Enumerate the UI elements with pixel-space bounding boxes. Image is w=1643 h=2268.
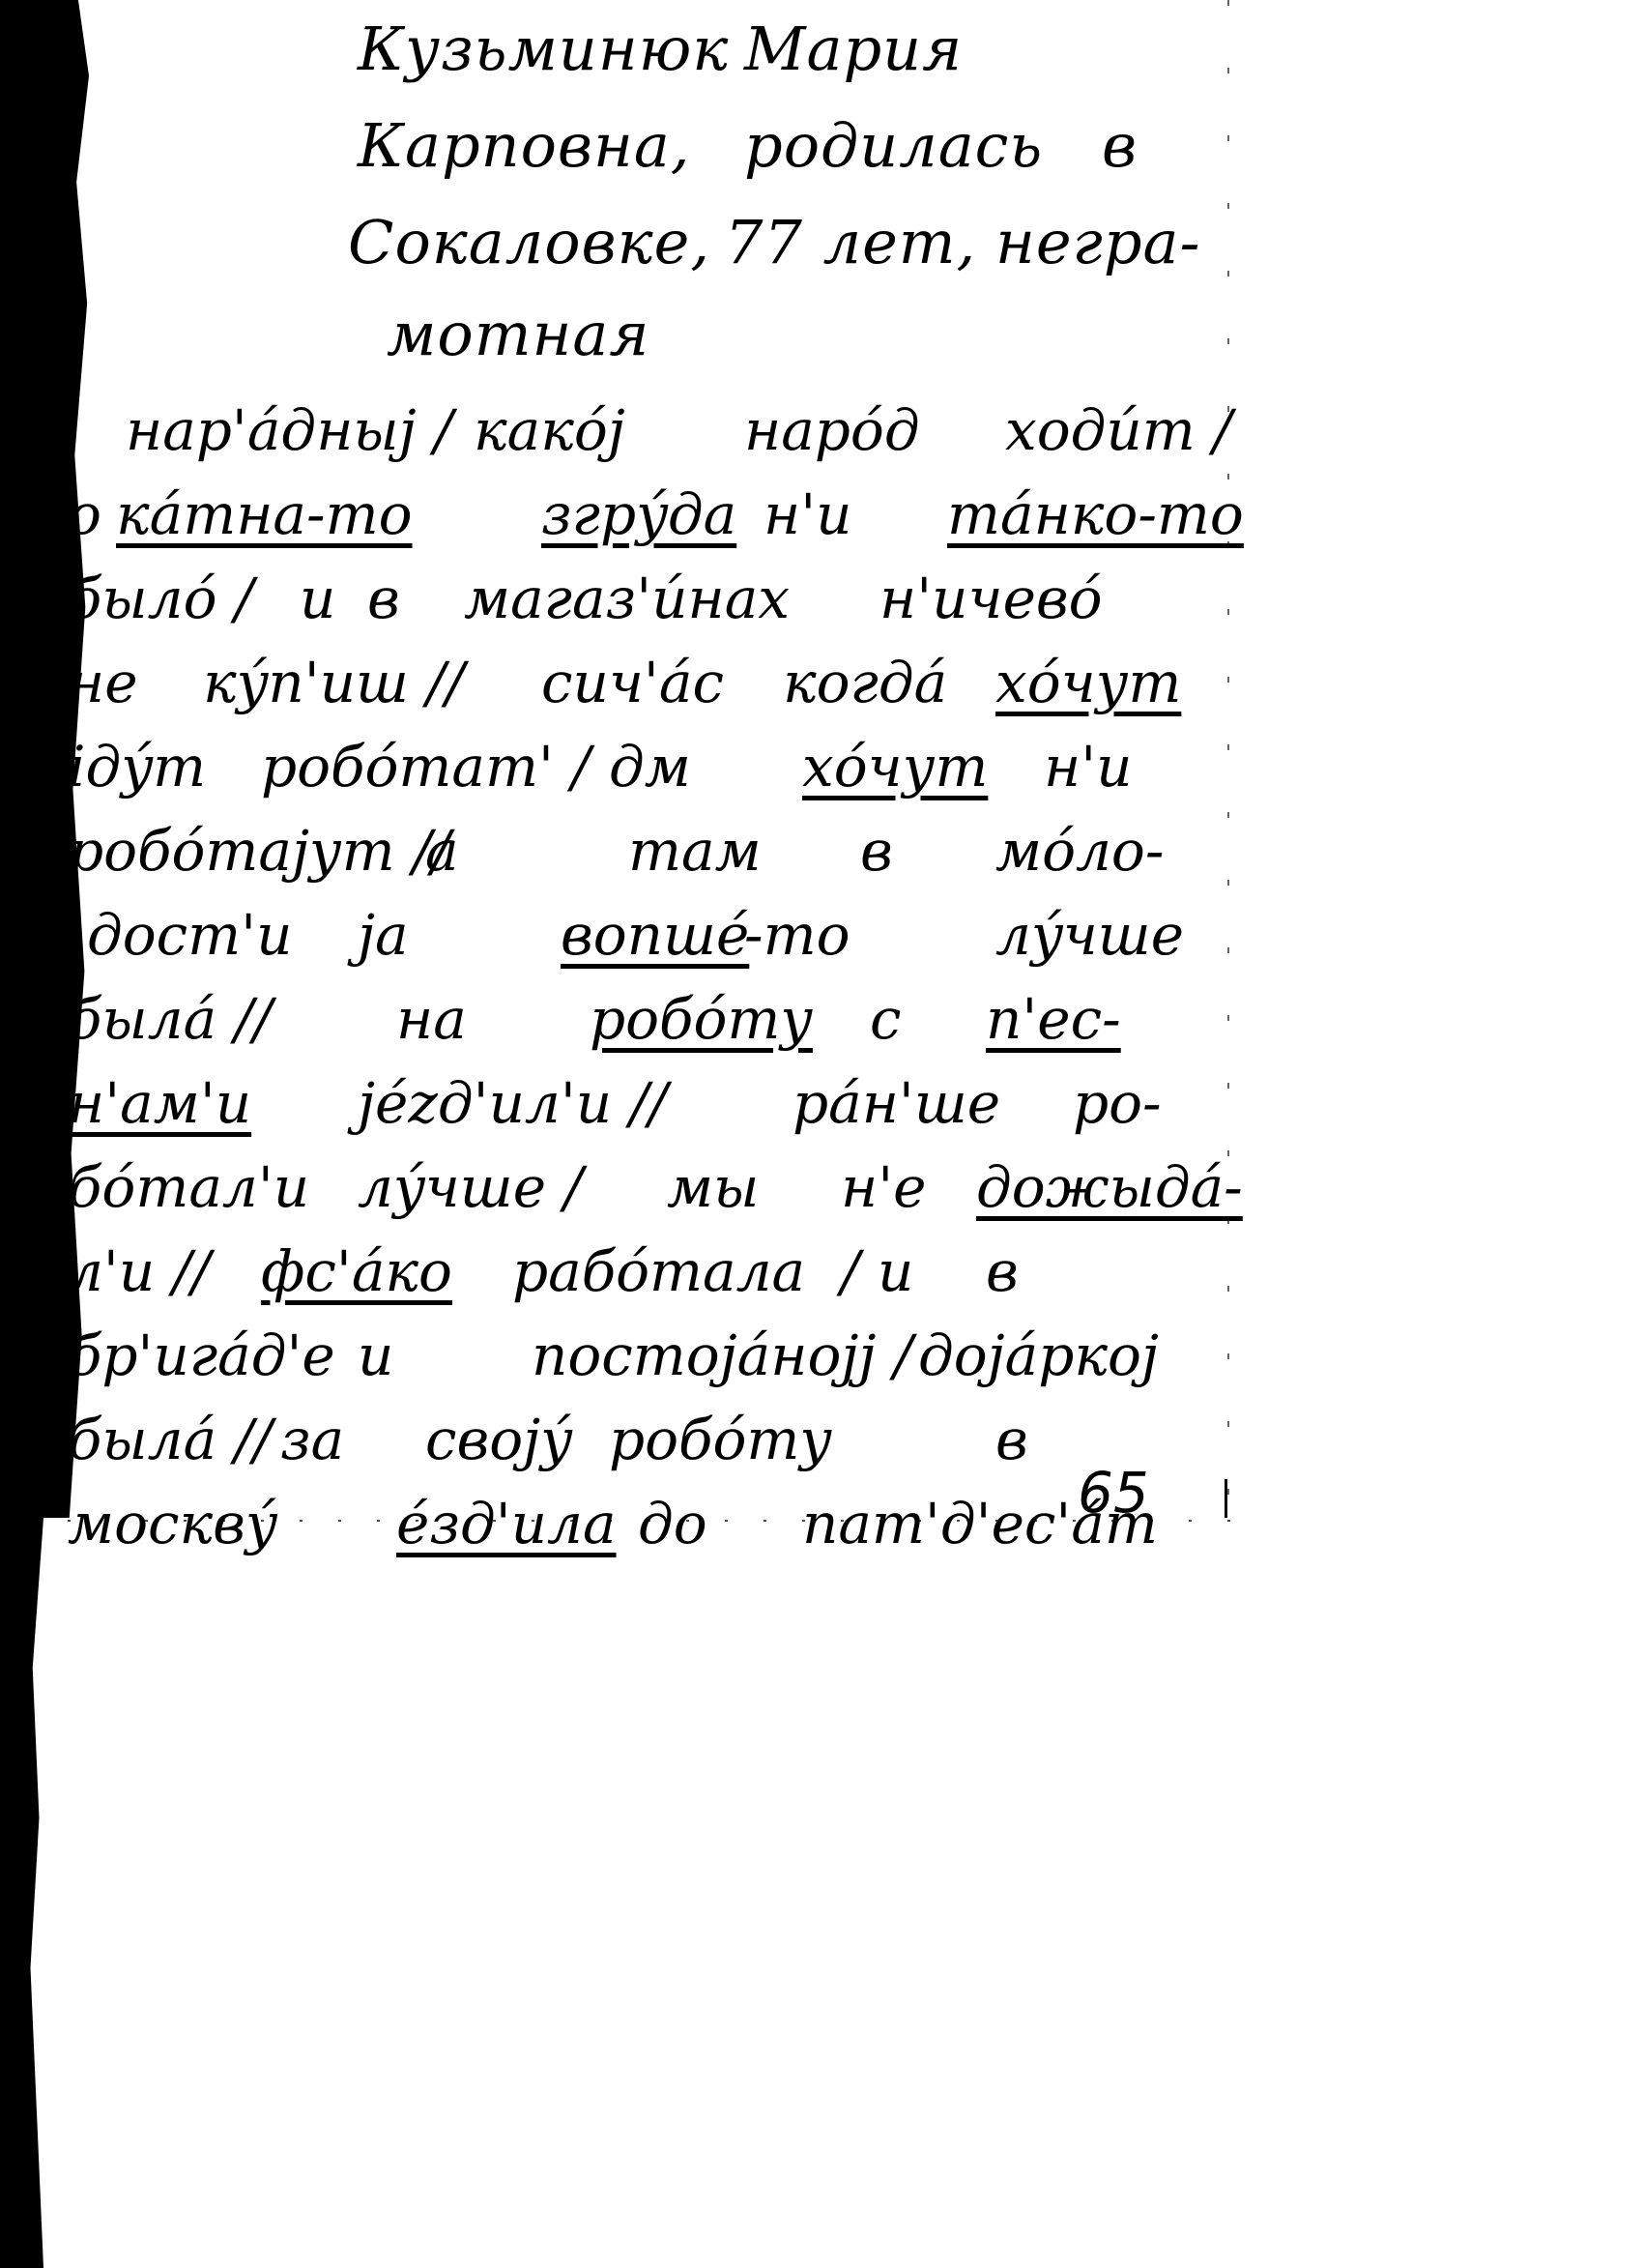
underlined-word: éзд'ила: [396, 1490, 617, 1557]
header-line: Карповна, родилась в: [358, 106, 1208, 203]
informant-age: 77 лет,: [725, 213, 976, 273]
word: робóтат' /: [261, 733, 591, 800]
word: ја: [358, 901, 409, 969]
word: робóту: [609, 1406, 832, 1473]
page-number: 65: [1078, 1460, 1149, 1526]
underlined-word: хóчут: [995, 649, 1181, 716]
transcript-line: бр'игáд'е и постојáнојј / дојáркој: [68, 1312, 1227, 1396]
scan-edge-shadow-lower: [0, 1518, 43, 2268]
word: кýп'иш //: [203, 649, 465, 716]
word: и: [358, 1322, 393, 1389]
transcript-text: нар'áдныј / какóј нарóд ходúт / о кáтна-…: [68, 387, 1227, 1564]
word: ро-: [1073, 1069, 1162, 1137]
underlined-word: дожыдá-: [976, 1153, 1243, 1221]
transcript-line: о кáтна-то згрýда н'и тáнко-то: [68, 471, 1227, 555]
header-line: Сокаловке, 77 лет, негра-: [358, 203, 1208, 300]
transcript-line: москвý éзд'ила до пат'д'ес'áт: [68, 1480, 1227, 1564]
word: мы: [667, 1153, 759, 1221]
transcript-line: былá // за својý робóту в: [68, 1396, 1227, 1480]
word: москвý: [68, 1490, 277, 1557]
word: там: [628, 817, 762, 885]
word: лýчше: [995, 901, 1184, 969]
word: јézд'ил'и //: [358, 1069, 668, 1137]
word: мóло-: [995, 817, 1164, 885]
underlined-word: тáнко-то: [947, 480, 1244, 548]
word: ходúт /: [1005, 396, 1232, 464]
transcript-line: не кýп'иш // сич'áс когдá хóчут: [68, 639, 1227, 723]
transcript-line: былó / и в магаз'úнах н'ичевó: [68, 555, 1227, 639]
underlined-word: робóту: [590, 985, 813, 1053]
word: нарóд: [744, 396, 920, 464]
informant-header: Кузьминюк Мария Карповна, родилась в Сок…: [358, 10, 1208, 396]
header-line: мотная: [358, 300, 1208, 396]
transcript-line: ідýт робóтат' / дм хóчут н'и: [68, 723, 1227, 807]
word: в: [860, 817, 893, 885]
word: в: [995, 1406, 1028, 1473]
word: -то: [744, 901, 850, 969]
word: а: [425, 817, 459, 885]
word: нар'áдныј /: [126, 396, 453, 464]
underlined-word: фс'áко: [261, 1237, 452, 1305]
underlined-word: згрýда: [541, 480, 736, 548]
word: за: [280, 1406, 344, 1473]
header-word: родилась: [744, 116, 1043, 176]
transcript-line: былá // на робóту с п'ес-: [68, 975, 1227, 1060]
informant-surname: Кузьминюк: [358, 19, 729, 79]
informant-first-name: Мария: [744, 19, 963, 79]
word: н'и: [1044, 733, 1133, 800]
word: дост'и: [87, 901, 292, 969]
transcript-line: н'ам'и јézд'ил'и // рáн'ше ро-: [68, 1060, 1227, 1144]
informant-birthplace: Сокаловке,: [348, 213, 710, 273]
word: рабóтала: [512, 1237, 805, 1305]
transcript-line: нар'áдныј / какóј нарóд ходúт /: [68, 387, 1227, 471]
word: до: [638, 1490, 707, 1557]
word: о: [68, 480, 101, 548]
underlined-word: н'ам'и: [68, 1069, 251, 1137]
word: / и: [841, 1237, 913, 1305]
informant-literacy-cont: мотная: [387, 305, 649, 364]
word: постојáнојј /: [532, 1322, 912, 1389]
word: рáн'ше: [793, 1069, 1000, 1137]
word: дојáркој: [918, 1322, 1159, 1389]
underlined-word: хóчут: [802, 733, 988, 800]
word: и: [300, 565, 335, 632]
word: бóтал'и: [68, 1153, 309, 1221]
word: дм: [609, 733, 691, 800]
word: былá //: [68, 1406, 273, 1473]
informant-literacy: негра-: [995, 213, 1200, 273]
word: былó /: [68, 565, 253, 632]
word: какóј: [474, 396, 625, 464]
underlined-word: п'ес-: [986, 985, 1121, 1053]
transcript-line: робóтајут // а там в мóло-: [68, 807, 1227, 891]
underlined-word: кáтна-то: [116, 480, 413, 548]
word: н'е: [841, 1153, 926, 1221]
word: л'и //: [68, 1237, 211, 1305]
word: не: [68, 649, 138, 716]
informant-patronymic: Карповна,: [358, 116, 691, 176]
word: с: [870, 985, 901, 1053]
word: н'ичевó: [879, 565, 1103, 632]
word: ідýт: [68, 733, 206, 800]
word: на: [396, 985, 467, 1053]
word: сич'áс: [541, 649, 724, 716]
transcript-line: дост'и ја вопшé -то лýчше: [68, 891, 1227, 975]
page-right-edge: [1227, 0, 1229, 1523]
word: магаз'úнах: [464, 565, 790, 632]
word: робóтајут //: [68, 817, 450, 885]
word: в: [986, 1237, 1019, 1305]
word: лýчше /: [358, 1153, 583, 1221]
transcript-line: бóтал'и лýчше / мы н'е дожыдá-: [68, 1144, 1227, 1228]
header-word: в: [1102, 116, 1138, 176]
word: в: [367, 565, 400, 632]
word: когдá: [783, 649, 947, 716]
underlined-word: вопшé: [561, 901, 749, 969]
word: н'и: [764, 480, 852, 548]
transcript-line: л'и // фс'áко рабóтала / и в: [68, 1228, 1227, 1312]
word: былá //: [68, 985, 273, 1053]
word: бр'игáд'е: [68, 1322, 335, 1389]
header-line: Кузьминюк Мария: [358, 10, 1208, 106]
word: својý: [425, 1406, 572, 1473]
